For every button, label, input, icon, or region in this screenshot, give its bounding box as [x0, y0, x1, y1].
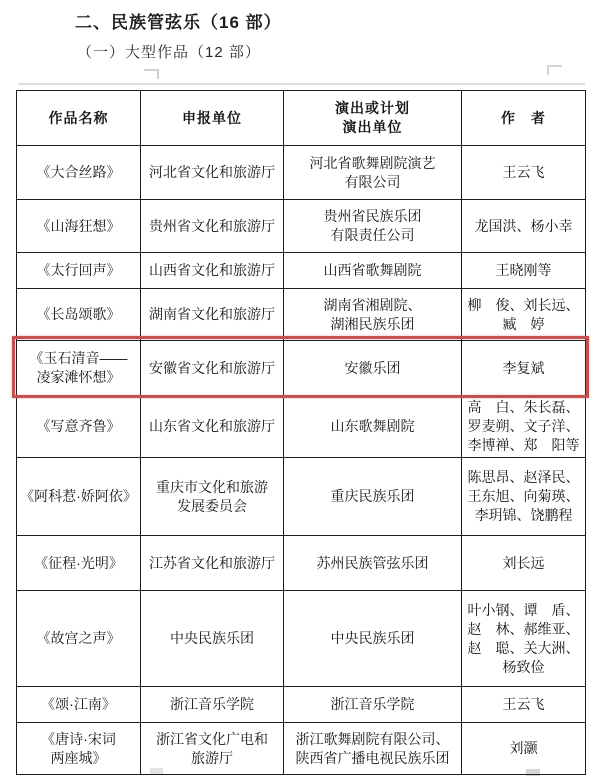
- performer-cell: 重庆民族乐团: [284, 458, 462, 536]
- author-cell: 陈思昂、赵泽民、 王东旭、向菊瑛、 李玥锦、饶鹏程: [462, 458, 586, 536]
- work-name-cell: 《山海狂想》: [17, 200, 141, 253]
- header-performing-unit: 演出或计划 演出单位: [284, 91, 462, 146]
- table-header-row: 作品名称 申报单位 演出或计划 演出单位 作 者: [17, 91, 586, 146]
- org-cell: 湖南省文化和旅游厅: [141, 289, 284, 341]
- author-cell: 李复斌: [462, 341, 586, 396]
- section-title: 二、民族管弦乐（16 部）: [75, 8, 282, 33]
- header-reporting-unit: 申报单位: [141, 91, 284, 146]
- table-row: 《长岛颂歌》 湖南省文化和旅游厅 湖南省湘剧院、 湖湘民族乐团 柳 俊、刘长远、…: [17, 289, 586, 341]
- org-cell: 安徽省文化和旅游厅: [141, 341, 284, 396]
- author-cell: 王云飞: [462, 146, 586, 200]
- header-author: 作 者: [462, 91, 586, 146]
- performer-cell: 山东歌舞剧院: [284, 396, 462, 458]
- author-cell: 高 白、朱长磊、 罗麦朔、文子洋、 李博禅、郑 阳等: [462, 396, 586, 458]
- performer-cell: 浙江音乐学院: [284, 687, 462, 723]
- works-table: 作品名称 申报单位 演出或计划 演出单位 作 者 《大合丝路》 河北省文化和旅游…: [16, 90, 586, 775]
- table-row: 《颂·江南》 浙江音乐学院 浙江音乐学院 王云飞: [17, 687, 586, 723]
- org-cell: 浙江省文化广电和 旅游厅: [141, 723, 284, 775]
- table-row: 《故宫之声》 中央民族乐团 中央民族乐团 叶小钢、谭 盾、 赵 林、郝维亚、 赵…: [17, 591, 586, 687]
- work-name-cell: 《大合丝路》: [17, 146, 141, 200]
- org-cell: 河北省文化和旅游厅: [141, 146, 284, 200]
- document-page: 二、民族管弦乐（16 部） （一）大型作品（12 部） 作品名称 申报单位 演出…: [0, 0, 604, 777]
- table-row: 《太行回声》 山西省文化和旅游厅 山西省歌舞剧院 王晓刚等: [17, 253, 586, 289]
- work-name-cell: 《颂·江南》: [17, 687, 141, 723]
- table-row: 《写意齐鲁》 山东省文化和旅游厅 山东歌舞剧院 高 白、朱长磊、 罗麦朔、文子洋…: [17, 396, 586, 458]
- work-name-cell: 《唐诗·宋词 两座城》: [17, 723, 141, 775]
- subsection-title: （一）大型作品（12 部）: [77, 41, 261, 62]
- org-cell: 中央民族乐团: [141, 591, 284, 687]
- work-name-cell: 《玉石清音—— 凌家滩怀想》: [17, 341, 141, 396]
- page-artifact-line: [18, 83, 585, 85]
- org-cell: 重庆市文化和旅游 发展委员会: [141, 458, 284, 536]
- performer-cell: 浙江歌舞剧院有限公司、 陕西省广播电视民族乐团: [284, 723, 462, 775]
- work-name-cell: 《长岛颂歌》: [17, 289, 141, 341]
- work-name-cell: 《故宫之声》: [17, 591, 141, 687]
- author-cell: 柳 俊、刘长远、 臧 婷: [462, 289, 586, 341]
- performer-cell: 河北省歌舞剧院演艺 有限公司: [284, 146, 462, 200]
- work-name-cell: 《太行回声》: [17, 253, 141, 289]
- work-name-cell: 《征程·光明》: [17, 536, 141, 591]
- header-work-name: 作品名称: [17, 91, 141, 146]
- org-cell: 江苏省文化和旅游厅: [141, 536, 284, 591]
- performer-cell: 安徽乐团: [284, 341, 462, 396]
- work-name-cell: 《阿科惹·娇阿依》: [17, 458, 141, 536]
- table-anchor-mark: [144, 69, 159, 79]
- table-anchor-mark: [547, 65, 562, 75]
- author-cell: 叶小钢、谭 盾、 赵 林、郝维亚、 赵 聪、关大洲、 杨致俭: [462, 591, 586, 687]
- table-row: 《征程·光明》 江苏省文化和旅游厅 苏州民族管弦乐团 刘长远: [17, 536, 586, 591]
- table-row: 《阿科惹·娇阿依》 重庆市文化和旅游 发展委员会 重庆民族乐团 陈思昂、赵泽民、…: [17, 458, 586, 536]
- org-cell: 浙江音乐学院: [141, 687, 284, 723]
- performer-cell: 山西省歌舞剧院: [284, 253, 462, 289]
- table-row: 《大合丝路》 河北省文化和旅游厅 河北省歌舞剧院演艺 有限公司 王云飞: [17, 146, 586, 200]
- table-row: 《唐诗·宋词 两座城》 浙江省文化广电和 旅游厅 浙江歌舞剧院有限公司、 陕西省…: [17, 723, 586, 775]
- performer-cell: 中央民族乐团: [284, 591, 462, 687]
- performer-cell: 苏州民族管弦乐团: [284, 536, 462, 591]
- author-cell: 王云飞: [462, 687, 586, 723]
- table-row: 《山海狂想》 贵州省文化和旅游厅 贵州省民族乐团 有限责任公司 龙国洪、杨小幸: [17, 200, 586, 253]
- author-cell: 刘长远: [462, 536, 586, 591]
- work-name-cell: 《写意齐鲁》: [17, 396, 141, 458]
- performer-cell: 贵州省民族乐团 有限责任公司: [284, 200, 462, 253]
- performer-cell: 湖南省湘剧院、 湖湘民族乐团: [284, 289, 462, 341]
- org-cell: 贵州省文化和旅游厅: [141, 200, 284, 253]
- author-cell: 王晓刚等: [462, 253, 586, 289]
- table-row-highlighted: 《玉石清音—— 凌家滩怀想》 安徽省文化和旅游厅 安徽乐团 李复斌: [17, 341, 586, 396]
- author-cell: 龙国洪、杨小幸: [462, 200, 586, 253]
- org-cell: 山东省文化和旅游厅: [141, 396, 284, 458]
- author-cell: 刘灏: [462, 723, 586, 775]
- org-cell: 山西省文化和旅游厅: [141, 253, 284, 289]
